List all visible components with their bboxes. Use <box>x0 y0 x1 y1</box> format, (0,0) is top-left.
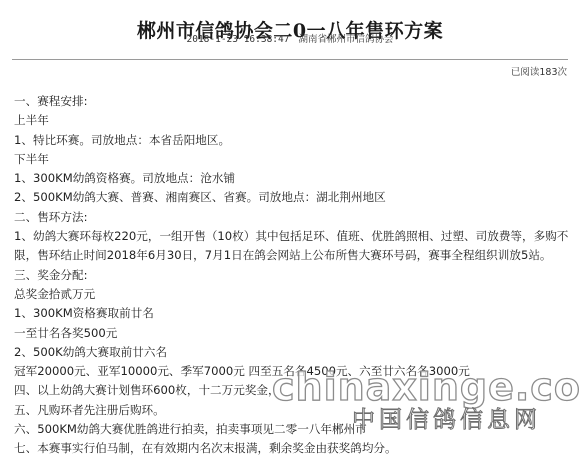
header-divider <box>12 59 568 60</box>
publisher-name: 湖南省郴州市信鸽协会 <box>298 34 393 45</box>
prize-item: 一至廿名各奖500元 <box>14 324 574 343</box>
article-meta: 2018-1-23 16:38:47 湖南省郴州市信鸽协会 <box>0 31 580 45</box>
schedule-item: 1、特比环赛。司放地点：本省岳阳地区。 <box>14 131 574 150</box>
section-six: 六、500KM幼鸽大赛优胜鸽进行拍卖，拍卖事项见二零一八年郴州市 <box>14 420 574 439</box>
ring-sales-text: 1、幼鸽大赛环每枚220元，一组开售（10枚）其中包括足环、值班、优胜鸽照相、过… <box>14 227 574 246</box>
schedule-item: 1、300KM幼鸽资格赛。司放地点：沧水铺 <box>14 169 574 188</box>
ring-sales-text: 限，售环结止时间2018年6月30日，7月1日在鸽会网站上公布所售大赛环号码，赛… <box>14 246 574 265</box>
article-body: 一、赛程安排: 上半年 1、特比环赛。司放地点：本省岳阳地区。 下半年 1、30… <box>14 92 574 459</box>
section-five: 五、凡购环者先注册后购环。 <box>14 401 574 420</box>
publish-date: 2018-1-23 16:38:47 <box>187 34 290 45</box>
read-count: 已阅读183次 <box>511 64 567 78</box>
prize-item: 冠军20000元、亚军10000元、季军7000元 四至五名各4500元、六至廿… <box>14 362 574 381</box>
section-heading-ring-sales: 二、售环方法: <box>14 208 574 227</box>
section-seven: 七、本赛事实行伯马制，在有效期内名次末报满，剩余奖金由获奖鸽均分。 <box>14 439 574 458</box>
section-four: 四、以上幼鸽大赛计划售环600枚，十二万元奖金， <box>14 381 574 400</box>
prize-item: 1、300KM资格赛取前廿名 <box>14 304 574 323</box>
total-prize: 总奖金拾贰万元 <box>14 285 574 304</box>
section-heading-schedule: 一、赛程安排: <box>14 92 574 111</box>
subheading-first-half: 上半年 <box>14 111 574 130</box>
schedule-item: 2、500KM幼鸽大赛、普赛、湘南赛区、省赛。司放地点：湖北荆州地区 <box>14 188 574 207</box>
section-heading-prizes: 三、奖金分配: <box>14 266 574 285</box>
prize-item: 2、500K幼鸽大赛取前廿六名 <box>14 343 574 362</box>
subheading-second-half: 下半年 <box>14 150 574 169</box>
